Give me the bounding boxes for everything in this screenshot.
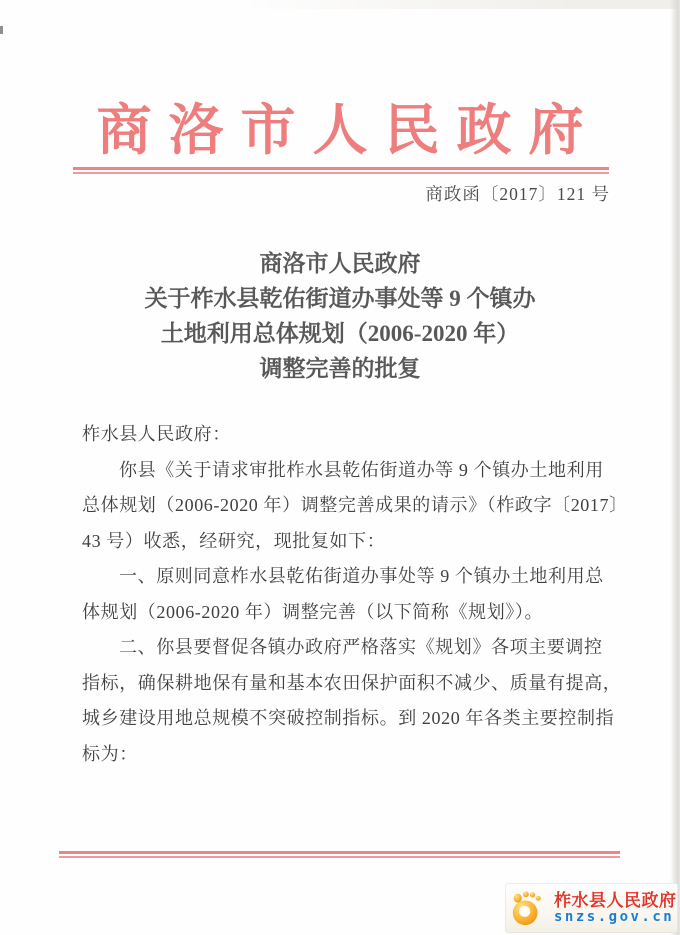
- body-line: 一、原则同意柞水县乾佑街道办事处等 9 个镇办土地利用总: [82, 559, 606, 595]
- document-title-line: 土地利用总体规划（2006-2020 年）: [0, 316, 680, 351]
- letterhead-red-rule: [73, 167, 609, 174]
- body-line: 你县《关于请求审批柞水县乾佑街道办等 9 个镇办土地利用: [82, 453, 606, 489]
- body-line: 标为：: [82, 737, 606, 773]
- document-body: 柞水县人民政府：你县《关于请求审批柞水县乾佑街道办等 9 个镇办土地利用总体规划…: [82, 417, 606, 772]
- footer-red-rule: [59, 851, 620, 858]
- body-line: 体规划（2006-2020 年）调整完善（以下简称《规划》）。: [82, 595, 606, 631]
- site-watermark-text: 柞水县人民政府 snzs.gov.cn: [554, 891, 677, 926]
- scan-edge-top: [0, 0, 680, 9]
- body-line: 43 号）收悉，经研究，现批复如下：: [82, 524, 606, 560]
- site-watermark: 柞水县人民政府 snzs.gov.cn: [505, 883, 678, 933]
- letterhead-agency-name: 商洛市人民政府: [0, 86, 680, 165]
- body-line: 柞水县人民政府：: [82, 417, 606, 453]
- document-title-line: 关于柞水县乾佑街道办事处等 9 个镇办: [0, 281, 680, 316]
- body-line: 指标，确保耕地保有量和基本农田保护面积不减少、质量有提高，: [82, 666, 606, 702]
- document-number: 商政函〔2017〕121 号: [0, 181, 610, 206]
- body-line: 总体规划（2006-2020 年）调整完善成果的请示》（柞政字〔2017〕: [82, 488, 606, 524]
- footprint-icon: [509, 889, 547, 927]
- body-line: 城乡建设用地总规模不突破控制指标。到 2020 年各类主要控制指: [82, 701, 606, 737]
- scan-speck: [0, 26, 3, 34]
- document-title-line: 商洛市人民政府: [0, 246, 680, 281]
- site-url: snzs.gov.cn: [554, 910, 677, 926]
- document-title-line: 调整完善的批复: [0, 351, 680, 386]
- site-name: 柞水县人民政府: [554, 891, 677, 910]
- scanned-document-page: 商洛市人民政府 商政函〔2017〕121 号 商洛市人民政府关于柞水县乾佑街道办…: [0, 0, 680, 935]
- document-title: 商洛市人民政府关于柞水县乾佑街道办事处等 9 个镇办土地利用总体规划（2006-…: [0, 246, 680, 386]
- body-line: 二、你县要督促各镇办政府严格落实《规划》各项主要调控: [82, 630, 606, 666]
